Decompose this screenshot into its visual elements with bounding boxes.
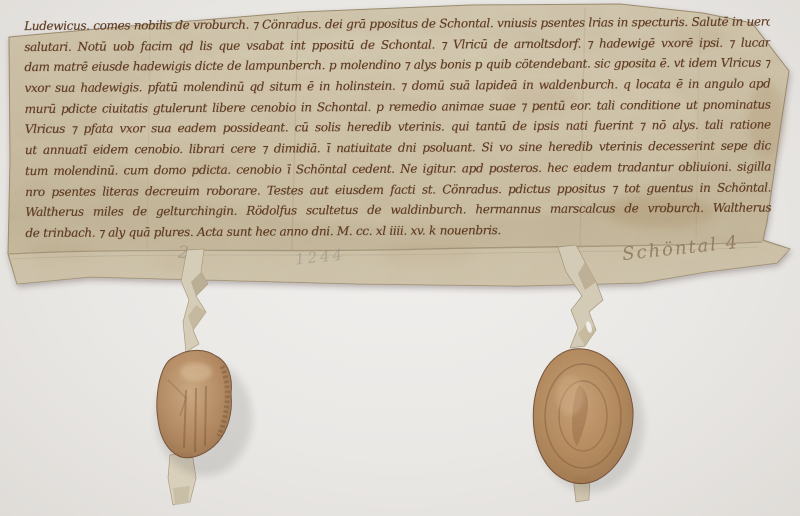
right-wax-seal xyxy=(528,340,644,492)
left-wax-seal xyxy=(150,345,252,476)
pencil-number-annotation: 2 xyxy=(177,243,189,264)
charter-text: Ludewicus. comes nobilis de vroburch. ⁊ … xyxy=(24,11,771,243)
photo-background: Ludewicus. comes nobilis de vroburch. ⁊ … xyxy=(0,0,800,516)
